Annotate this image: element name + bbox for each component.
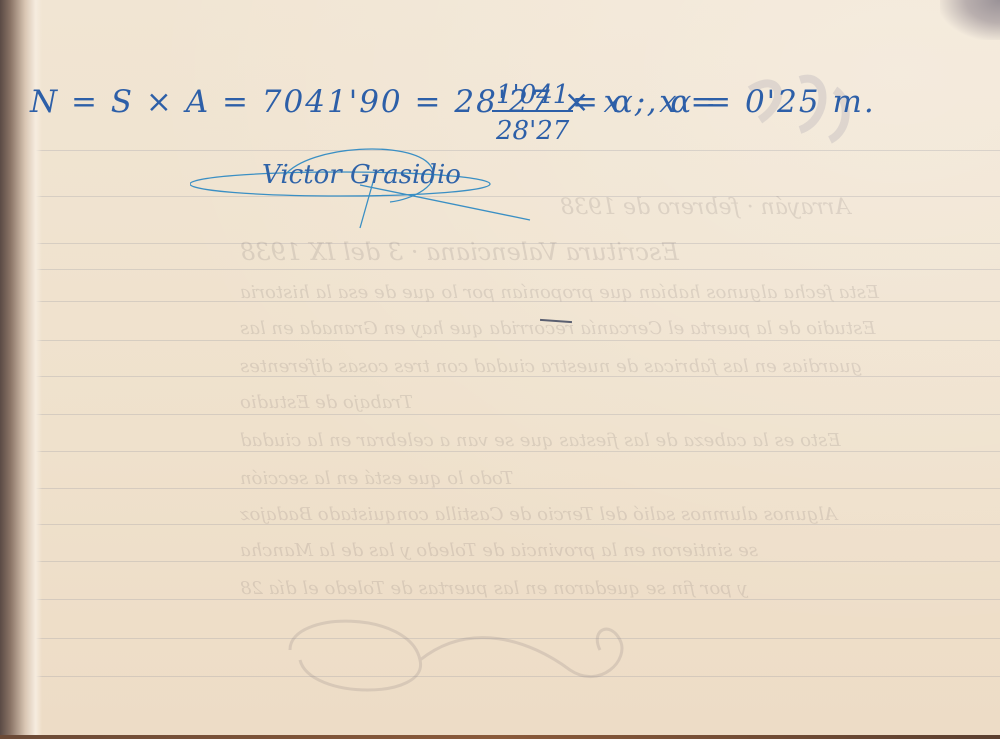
bleed-through-line: guardias en las fabricas de nuestra ciud… bbox=[240, 356, 862, 377]
page-bottom-edge bbox=[0, 735, 1000, 739]
bleed-through-line: Escritura Valenciana · 3 del IX 1938 bbox=[240, 238, 679, 266]
bleed-through-line: se sintieron en la provincia de Toledo y… bbox=[240, 540, 758, 561]
page-corner-shadow bbox=[940, 0, 1000, 40]
formula-fraction: 1'041 28'27 bbox=[492, 80, 573, 146]
ruled-line bbox=[0, 561, 1000, 562]
bleed-through-line: Todo lo que está en la sección bbox=[240, 468, 513, 489]
formula-right: = α , α = 0'25 m. bbox=[572, 84, 876, 120]
bleed-through-line: Arrayán · febrero de 1938 bbox=[560, 195, 850, 220]
ruled-line bbox=[0, 451, 1000, 452]
bleed-through-line: Trabajo de Estudio bbox=[240, 392, 413, 413]
notebook-page: Arrayán · febrero de 1938 Escritura Vale… bbox=[0, 0, 1000, 739]
ruled-line bbox=[0, 340, 1000, 341]
bleed-through-line: Esto es la cabeza de las fiestas que se … bbox=[240, 430, 841, 451]
bleed-through-line: y por fin se quedaron en las puertas de … bbox=[240, 578, 748, 599]
ruled-line bbox=[0, 414, 1000, 415]
bleed-through-line: Esta fecha algunos habían que proponían … bbox=[240, 282, 879, 303]
fraction-numerator: 1'041 bbox=[492, 80, 573, 112]
signature-name: Victor Grasidio bbox=[262, 160, 461, 190]
signature: Victor Grasidio bbox=[190, 140, 540, 230]
bleed-through-line: Algunos alumnos salió del Tercio de Cast… bbox=[240, 504, 837, 525]
ruled-line bbox=[0, 269, 1000, 270]
bleed-through-flourish-icon bbox=[270, 600, 770, 710]
